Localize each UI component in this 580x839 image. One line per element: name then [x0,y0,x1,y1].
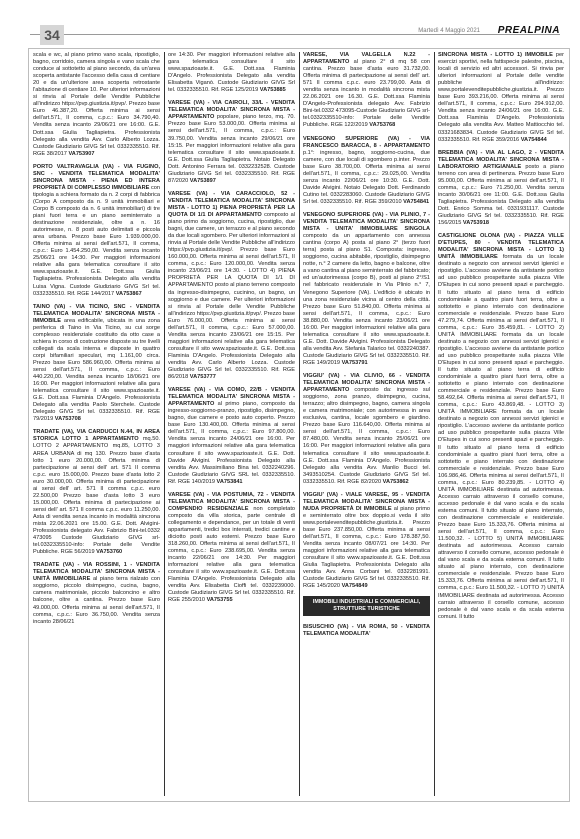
listing-code: VA753777 [190,374,216,380]
auction-listing: TAINO (VA) - VIA TICINO, SNC - VENDITA T… [33,304,160,424]
page-number: 34 [40,25,64,45]
listing-code: VA753768 [369,122,395,128]
listing-code: VA754841 [403,199,429,205]
header-rule [30,34,560,35]
listing-code: VA753918 [463,220,489,226]
auction-listing: VENEGONO SUPERIORE (VA) - VIA FRANCESCO … [303,136,430,206]
listing-body: formata da un locale destinato a negozio… [438,254,564,619]
listing-body: al piano terra rialzato con soggiorno, p… [33,576,160,624]
page-header: 34 Martedì 4 Maggio 2021 PREALPINA [0,0,580,40]
listing-code: VA753708 [55,416,81,422]
listing-code: VA753897 [190,178,216,184]
listing-heading: VENEGONO SUPERIORE (VA) - VIA PLINIO, 7 … [303,212,430,232]
listing-body: scala e wc, al piano primo vano scala, r… [33,52,160,157]
listing-heading: TRADATE (VA), VIA CARDUCCI N.44, IN AREA… [33,429,160,442]
issue-date: Martedì 4 Maggio 2021 [418,28,480,34]
listing-code: VA754844 [521,137,547,143]
auction-listing: scala e wc, al piano primo vano scala, r… [33,52,160,158]
auction-listing: BREBBIA (VA) - VIA AL LAGO, 2 - VENDITA … [438,150,564,228]
listing-heading: SINCRONA MISTA - LOTTO 1) IMMOBILE [438,52,553,58]
auction-listing: BISUSCHIO (VA) - VIA ROMA, 50 - VENDITA … [303,624,430,638]
column-3: VARESE, VIA VALGELLA N.22 - APPARTAMENTO… [303,52,430,796]
listing-heading: BISUSCHIO (VA) - VIA ROMA, 50 - VENDITA … [303,624,430,637]
auction-listing: VENEGONO SUPERIORE (VA) - VIA PLINIO, 7 … [303,212,430,367]
auction-listing: VIGGIU' (VA) - VIALE VARESE, 95 - VENDIT… [303,492,430,591]
column-2: ore 14:30. Per maggiori informazioni rel… [168,52,295,796]
auction-listing: SINCRONA MISTA - LOTTO 1) IMMOBILE per e… [438,52,564,144]
column-1: scala e wc, al piano primo vano scala, r… [33,52,160,796]
listing-code: VA753841 [217,479,243,485]
auction-listing: VIGGIU' (VA) - VIA CLIVIO, 66 - VENDITA … [303,373,430,486]
auction-listing: TRADATE (VA) - VIA ROSSINI, 1 - VENDITA … [33,562,160,625]
listing-code: VA753867 [116,291,142,297]
listing-body: composto da: ingresso sul soggiorno, zon… [303,387,430,485]
listing-body: mq.50. LOTTO 2 APPARTAMENTO mq.85, LOTTO… [33,436,160,555]
listing-body: con tipologia a schiera formato da n. 2 … [33,185,160,297]
auction-listing: VARESE (VA) - VIA CAIROLI, 33/L - VENDIT… [168,100,295,185]
listing-body: al piano 2° di mq 58 con cantina. Prezzo… [303,59,430,128]
listing-body: per esercizi sportivi, nella fattispecie… [438,52,564,143]
column-divider [164,52,165,796]
column-divider [434,52,435,796]
auction-listing: TRADATE (VA), VIA CARDUCCI N.44, IN AREA… [33,429,160,556]
listing-code: VA753862 [383,479,409,485]
auction-listing: CASTIGLIONE OLONA (VA) - PIAZZA VILLE D'… [438,233,564,621]
listing-body: composto da un appartamento con annessa … [303,233,430,366]
column-4: SINCRONA MISTA - LOTTO 1) IMMOBILE per e… [438,52,564,796]
auction-listing: VARESE, VIA VALGELLA N.22 - APPARTAMENTO… [303,52,430,130]
listing-body: popolare, piano terzo, mq. 70. Prezzo ba… [168,114,295,183]
listing-body: p.1°: ingresso, bagno, soggiorno-cucina,… [303,150,430,205]
column-divider [299,52,300,796]
listing-code: VA753907 [68,151,94,157]
listing-code: VA753885 [260,87,286,93]
listing-heading: PORTO VALTRAVAGLIA (VA) - VIA FUGINO, SN… [33,164,160,191]
auction-listing: ore 14:30. Per maggiori informazioni rel… [168,52,295,94]
listing-code: VA753760 [96,549,122,555]
listing-code: VA754849 [342,583,368,589]
listing-heading: VENEGONO SUPERIORE (VA) - VIA FRANCESCO … [303,136,430,149]
listing-body: al piano primo e seminterrato oltre box … [303,506,430,590]
listing-body: composto al piano primo da soggiorno, cu… [168,212,295,380]
auction-listing: VARESE (VA) - VIA POSTUMIA, 72 - VENDITA… [168,492,295,605]
listing-body: al primo piano, composto da ingresso-sog… [168,401,295,485]
section-banner: IMMOBILI INDUSTRIALI E COMMERCIALI, STRU… [303,596,430,616]
auction-listing: VARESE (VA) - VIA CARACCIOLO, 52 - VENDI… [168,191,295,381]
listing-code: VA753791 [342,360,368,366]
auction-listing: PORTO VALTRAVAGLIA (VA) - VIA FUGINO, SN… [33,164,160,298]
listing-code: VA753755 [207,597,233,603]
listing-body: area edificabile, ubicata in una zona pe… [33,318,160,423]
listing-body: non completato composto da villa storica… [168,506,295,604]
listing-body: posto a piano terreno con area di pertin… [438,164,564,226]
newspaper-logo: PREALPINA [498,25,560,36]
auction-listing: VARESE (VA) - VIA COMO, 22/B - VENDITA T… [168,387,295,486]
